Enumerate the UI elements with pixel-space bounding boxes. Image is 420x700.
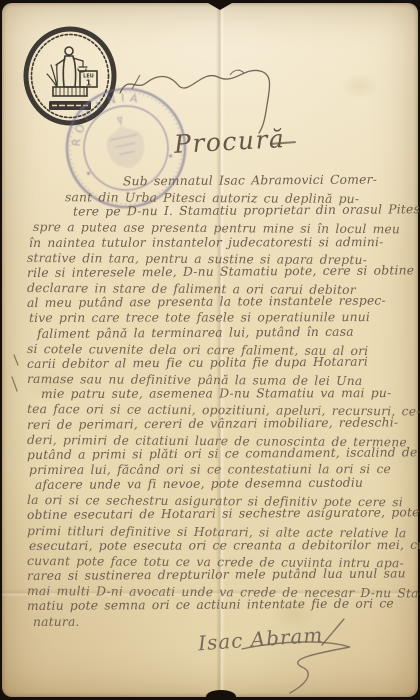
document-line: carii debitor al meu fie cu polita fie d… bbox=[27, 354, 419, 372]
document-line: al meu putând ase presenta la tote insta… bbox=[27, 294, 419, 312]
document-line: afacere unde va fi nevoe, pote desemna c… bbox=[27, 475, 419, 493]
revenue-stamp-value: 1 bbox=[86, 79, 92, 88]
signature-flourish bbox=[238, 641, 368, 697]
document-paper: LEU 1 ROMANIA bbox=[2, 3, 418, 697]
document-line: Sub semnatul Isac Abramovici Comer- bbox=[27, 172, 419, 190]
document-line: esecutari, pote esecuta ori ce creanta a… bbox=[29, 538, 420, 554]
document-line: natura. bbox=[29, 613, 420, 629]
document-line: obtine esecutari de Hotarari si sechestr… bbox=[27, 506, 419, 524]
photograph-backdrop: LEU 1 ROMANIA bbox=[0, 0, 420, 700]
margin-marks bbox=[8, 351, 26, 397]
document-line: faliment până la terminarea lui, putând … bbox=[27, 324, 419, 342]
document-line: putând a primi si plăti ori si ce comand… bbox=[27, 445, 419, 463]
document-body: Sub semnatul Isac Abramovici Comer-sant … bbox=[27, 175, 419, 630]
document-line: mie patru sute, asemenea D-nu Stamatiu v… bbox=[29, 386, 420, 402]
document-line: tere pe D-nu I. Stamatiu proprietar din … bbox=[27, 203, 419, 221]
fold-notch-top bbox=[208, 3, 232, 10]
document-line: în naintea tutulor instantelor judecator… bbox=[29, 235, 420, 251]
document-title: Procură bbox=[173, 124, 286, 159]
document-line: rile si interesele mele, D-nu Stamatiu p… bbox=[27, 263, 419, 281]
document-line: reri de perimari, cereri de vânzari imob… bbox=[27, 415, 419, 433]
document-line: rarea si sustinerea drepturilor mele put… bbox=[27, 566, 419, 584]
fold-notch-bottom bbox=[206, 690, 236, 700]
stray-pen-mark bbox=[314, 615, 350, 649]
document-line: matiu pote semna ori ce actiuni intentat… bbox=[27, 597, 419, 615]
